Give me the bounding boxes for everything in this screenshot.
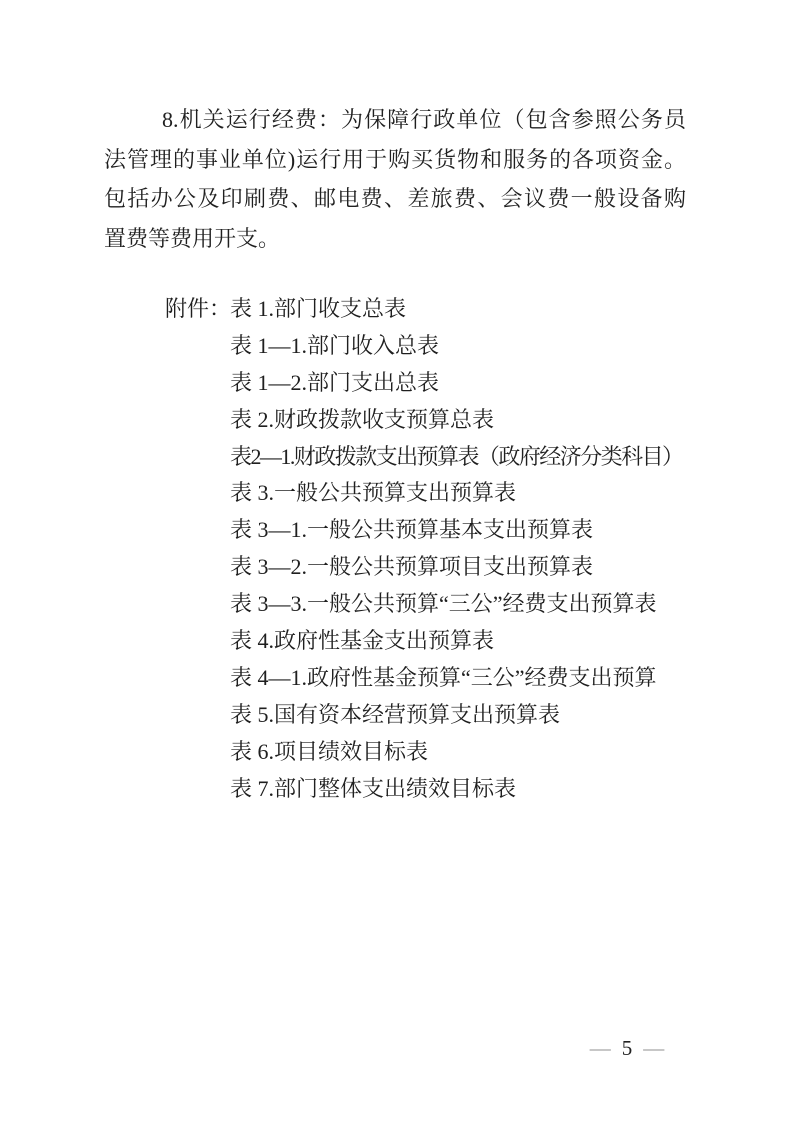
attachment-item-text: 表 4—1.政府性基金预算“三公”经费支出预算 <box>230 665 657 690</box>
document-page: 8.机关运行经费：为保障行政单位（包含参照公务员法管理的事业单位)运行用于购买货… <box>0 0 793 1122</box>
attachment-item: 附件：表 1.部门收支总表 <box>165 291 683 328</box>
attachment-item-text: 表 2.财政拨款收支预算总表 <box>230 407 494 432</box>
attachment-item: 表 7.部门整体支出绩效目标表 <box>165 771 683 808</box>
attachment-item-text: 表 1.部门收支总表 <box>230 296 406 321</box>
attachment-item-text: 表 1—2.部门支出总表 <box>230 370 439 395</box>
paragraph-line: 8.机关运行经费：为保障行政单位（包含参照公务员 <box>104 100 686 140</box>
attachment-item-text: 表 1—1.部门收入总表 <box>230 333 439 358</box>
attachment-item: 表 5.国有资本经营预算支出预算表 <box>165 697 683 734</box>
attachment-item: 表 3—3.一般公共预算“三公”经费支出预算表 <box>165 586 683 623</box>
attachment-item: 表 1—2.部门支出总表 <box>165 365 683 402</box>
page-number-value: 5 <box>622 1036 633 1060</box>
attachment-item: 表 6.项目绩效目标表 <box>165 734 683 771</box>
attachment-item: 表 3—2.一般公共预算项目支出预算表 <box>165 549 683 586</box>
attachment-item-text: 表 6.项目绩效目标表 <box>230 739 428 764</box>
attachment-item-text: 表2—1.财政拨款支出预算表（政府经济分类科目） <box>230 444 683 469</box>
attachment-list: 附件：表 1.部门收支总表表 1—1.部门收入总表表 1—2.部门支出总表表 2… <box>165 291 683 807</box>
attachment-item-text: 表 3.一般公共预算支出预算表 <box>230 480 516 505</box>
attachment-item: 表 2.财政拨款收支预算总表 <box>165 402 683 439</box>
paragraph-line: 置费等费用开支。 <box>104 219 686 259</box>
attachment-item-text: 表 3—3.一般公共预算“三公”经费支出预算表 <box>230 591 657 616</box>
attachment-item: 表 3.一般公共预算支出预算表 <box>165 475 683 512</box>
attachment-item-text: 表 3—1.一般公共预算基本支出预算表 <box>230 517 593 542</box>
page-number-dash-left: — <box>590 1036 611 1060</box>
attachment-item: 表 1—1.部门收入总表 <box>165 328 683 365</box>
attachment-item-text: 表 3—2.一般公共预算项目支出预算表 <box>230 554 593 579</box>
attachment-item-text: 表 5.国有资本经营预算支出预算表 <box>230 702 560 727</box>
attachment-item: 表2—1.财政拨款支出预算表（政府经济分类科目） <box>165 439 683 476</box>
attachment-label: 附件： <box>165 291 230 328</box>
page-number-dash-right: — <box>643 1036 664 1060</box>
attachment-item-text: 表 4.政府性基金支出预算表 <box>230 628 494 653</box>
attachment-item-text: 表 7.部门整体支出绩效目标表 <box>230 776 516 801</box>
page-number: —5— <box>575 1036 679 1061</box>
attachment-item: 表 3—1.一般公共预算基本支出预算表 <box>165 512 683 549</box>
attachment-item: 表 4.政府性基金支出预算表 <box>165 623 683 660</box>
paragraph-line: 包括办公及印刷费、邮电费、差旅费、会议费一般设备购 <box>104 179 686 219</box>
body-paragraph: 8.机关运行经费：为保障行政单位（包含参照公务员法管理的事业单位)运行用于购买货… <box>104 100 686 258</box>
attachment-item: 表 4—1.政府性基金预算“三公”经费支出预算 <box>165 660 683 697</box>
paragraph-line: 法管理的事业单位)运行用于购买货物和服务的各项资金。 <box>104 140 686 180</box>
